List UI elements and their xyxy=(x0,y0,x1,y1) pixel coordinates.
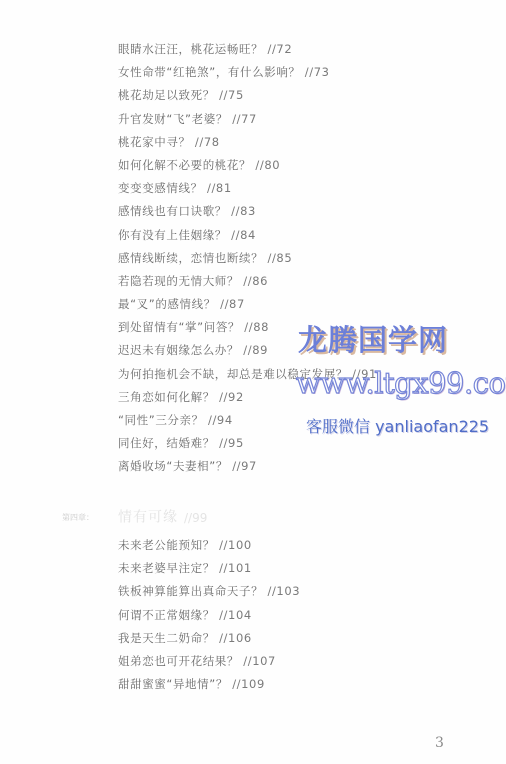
toc-entry-title: “同性”三分亲？ xyxy=(118,413,204,427)
toc-entry-title: 感情线也有口诀歌？ xyxy=(118,204,227,218)
toc-entry-page: //94 xyxy=(208,413,233,427)
toc-entry: 未来老公能预知？ //100 xyxy=(118,534,300,557)
toc-entry-page: //103 xyxy=(267,584,300,598)
toc-entry: 升官发财“飞”老婆？ //77 xyxy=(118,108,377,131)
toc-list-section-2: 未来老公能预知？ //100 未来老婆早注定？ //101 铁板神算能算出真命天… xyxy=(118,534,300,696)
toc-entry-page: //86 xyxy=(243,274,268,288)
toc-entry-title: 同住好，结婚难？ xyxy=(118,436,215,450)
toc-entry: 如何化解不必要的桃花？ //80 xyxy=(118,154,377,177)
toc-entry-page: //83 xyxy=(231,204,256,218)
watermark-site-name: 龙腾国学网 xyxy=(298,318,448,359)
toc-entry-page: //75 xyxy=(219,88,244,102)
toc-entry-page: //100 xyxy=(219,538,252,552)
toc-entry-title: 如何化解不必要的桃花？ xyxy=(118,158,251,172)
toc-entry-page: //81 xyxy=(207,181,232,195)
toc-entry-title: 桃花劫足以致死？ xyxy=(118,88,215,102)
toc-entry-title: 感情线断续，恋情也断续？ xyxy=(118,251,263,265)
toc-entry-title: 未来老公能预知？ xyxy=(118,538,215,552)
watermark-contact: 客服微信 yanliaofan225 xyxy=(306,414,489,437)
toc-entry-title: 姐弟恋也可开花结果？ xyxy=(118,654,239,668)
toc-entry-page: //84 xyxy=(231,228,256,242)
toc-entry-page: //73 xyxy=(305,65,330,79)
toc-entry: 桃花家中寻？ //78 xyxy=(118,131,377,154)
toc-entry: 感情线断续，恋情也断续？ //85 xyxy=(118,247,377,270)
toc-entry-title: 你有没有上佳姻缘？ xyxy=(118,228,227,242)
toc-entry-title: 甜甜蜜蜜“异地情”？ xyxy=(118,677,228,691)
toc-entry-title: 何谓不正常姻缘？ xyxy=(118,608,215,622)
chapter-heading: 第四章：情有可缘//99 xyxy=(62,505,207,529)
toc-entry-page: //107 xyxy=(243,654,276,668)
toc-entry: 感情线也有口诀歌？ //83 xyxy=(118,200,377,223)
toc-entry-page: //87 xyxy=(220,297,245,311)
toc-entry: 姐弟恋也可开花结果？ //107 xyxy=(118,650,300,673)
toc-entry-page: //78 xyxy=(195,135,220,149)
toc-entry-title: 未来老婆早注定？ xyxy=(118,561,215,575)
toc-entry-page: //77 xyxy=(232,112,257,126)
toc-entry: 桃花劫足以致死？ //75 xyxy=(118,84,377,107)
chapter-title: 情有可缘 xyxy=(118,510,178,526)
toc-entry: 我是天生二奶命？ //106 xyxy=(118,627,300,650)
toc-entry: 未来老婆早注定？ //101 xyxy=(118,557,300,580)
toc-entry-page: //72 xyxy=(267,42,292,56)
toc-entry-page: //92 xyxy=(219,390,244,404)
book-page: 眼睛水汪汪，桃花运畅旺？ //72 女性命带“红艳煞”，有什么影响？ //73 … xyxy=(0,0,506,764)
toc-entry-page: //106 xyxy=(219,631,252,645)
toc-entry-title: 我是天生二奶命？ xyxy=(118,631,215,645)
toc-entry: 何谓不正常姻缘？ //104 xyxy=(118,604,300,627)
watermark-url: www.ltgx99.com xyxy=(296,366,506,400)
page-number: 3 xyxy=(435,735,444,751)
toc-entry-page: //80 xyxy=(255,158,280,172)
toc-entry: 眼睛水汪汪，桃花运畅旺？ //72 xyxy=(118,38,377,61)
toc-entry: 若隐若现的无情大师？ //86 xyxy=(118,270,377,293)
toc-entry-page: //88 xyxy=(244,320,269,334)
toc-entry: 最“叉”的感情线？ //87 xyxy=(118,293,377,316)
toc-entry-page: //85 xyxy=(267,251,292,265)
toc-entry-title: 迟迟未有姻缘怎么办？ xyxy=(118,343,239,357)
toc-entry-page: //101 xyxy=(219,561,252,575)
toc-entry-title: 到处留情有“掌”问答？ xyxy=(118,320,240,334)
toc-entry: 铁板神算能算出真命天子？ //103 xyxy=(118,580,300,603)
toc-entry: 离婚收场“夫妻相”？ //97 xyxy=(118,455,377,478)
toc-entry: 甜甜蜜蜜“异地情”？ //109 xyxy=(118,673,300,696)
toc-entry: 你有没有上佳姻缘？ //84 xyxy=(118,224,377,247)
toc-entry-title: 女性命带“红艳煞”，有什么影响？ xyxy=(118,65,301,79)
toc-entry-title: 变变变感情线？ xyxy=(118,181,203,195)
toc-entry-title: 若隐若现的无情大师？ xyxy=(118,274,239,288)
toc-entry-page: //97 xyxy=(232,459,257,473)
toc-entry-page: //89 xyxy=(243,343,268,357)
toc-entry-title: 铁板神算能算出真命天子？ xyxy=(118,584,263,598)
chapter-label: 第四章： xyxy=(62,506,118,530)
toc-entry-title: 离婚收场“夫妻相”？ xyxy=(118,459,228,473)
toc-entry-title: 眼睛水汪汪，桃花运畅旺？ xyxy=(118,42,263,56)
toc-list-section-1: 眼睛水汪汪，桃花运畅旺？ //72 女性命带“红艳煞”，有什么影响？ //73 … xyxy=(118,38,377,479)
toc-entry: 变变变感情线？ //81 xyxy=(118,177,377,200)
chapter-page: //99 xyxy=(184,511,207,525)
toc-entry-page: //109 xyxy=(232,677,265,691)
toc-entry-page: //95 xyxy=(219,436,244,450)
toc-entry-title: 升官发财“飞”老婆？ xyxy=(118,112,228,126)
toc-entry-title: 桃花家中寻？ xyxy=(118,135,191,149)
toc-entry-title: 三角恋如何化解？ xyxy=(118,390,215,404)
toc-entry-page: //104 xyxy=(219,608,252,622)
toc-entry-title: 最“叉”的感情线？ xyxy=(118,297,216,311)
toc-entry: 女性命带“红艳煞”，有什么影响？ //73 xyxy=(118,61,377,84)
